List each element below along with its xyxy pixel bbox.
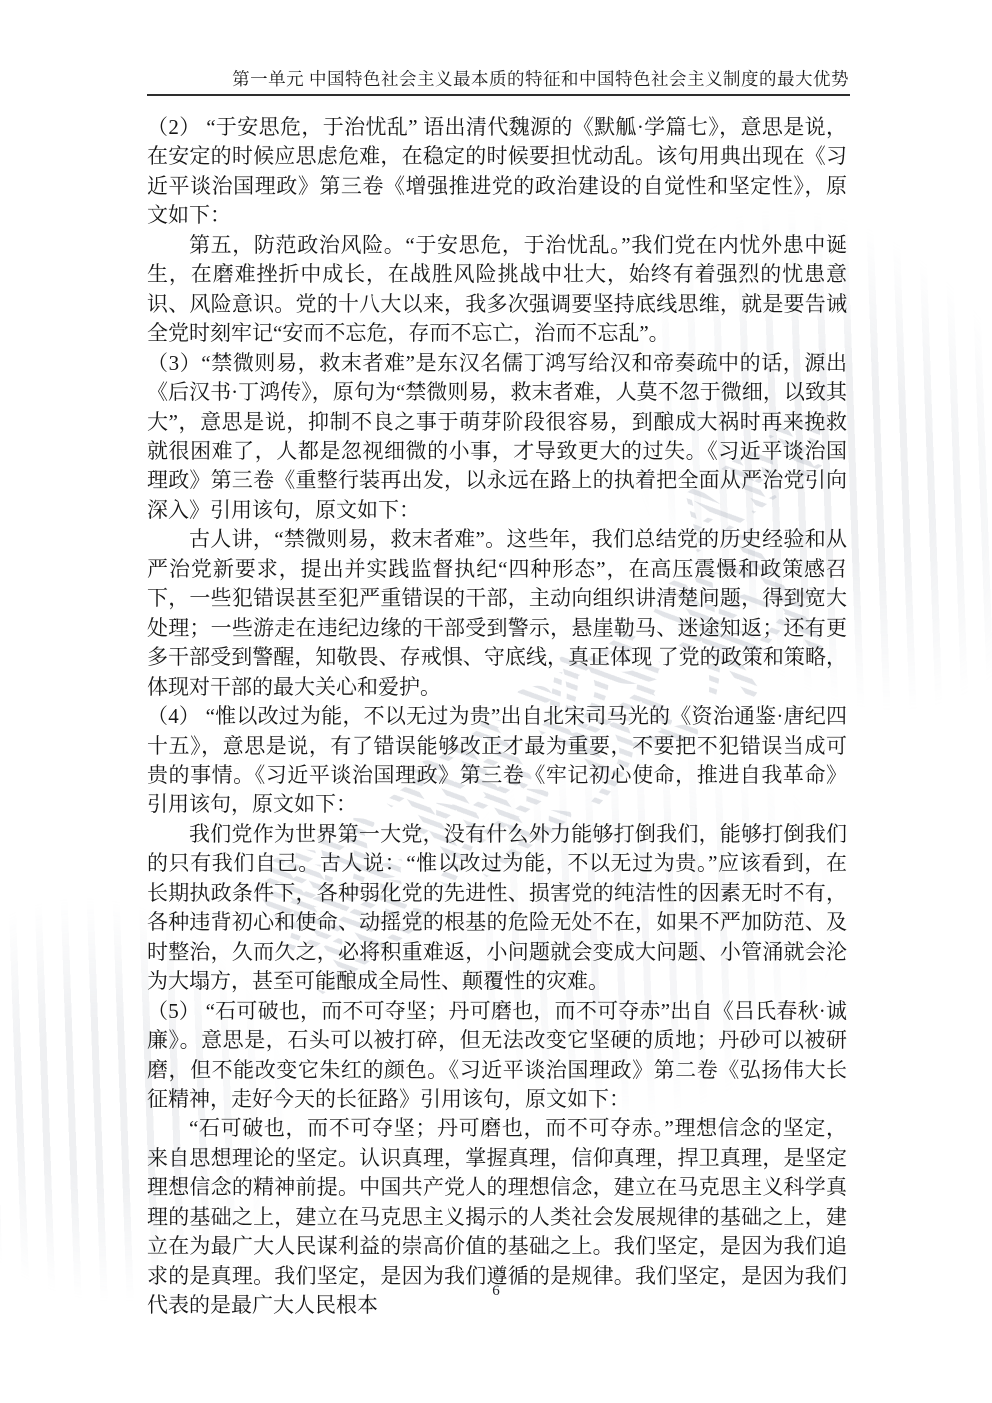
running-header: 第一单元 中国特色社会主义最本质的特征和中国特色社会主义制度的最大优势 [148,66,849,91]
header-rule [147,94,850,96]
paragraph: （4） “惟以改过为能，不以无过为贵”出自北宋司马光的《资治通鉴·唐纪四十五》，… [147,702,847,820]
paragraph: 我们党作为世界第一大党，没有什么外力能够打倒我们，能够打倒我们的只有我们自己。古… [147,820,847,997]
paragraph: （2） “于安思危，于治忧乱” 语出清代魏源的《默觚·学篇七》，意思是说，在安定… [147,113,847,231]
document-page: 整理资料 APP 第一单元 中国特色社会主义最本质的特征和中国特色社会主义制度的… [0,0,992,1403]
paragraph: （3）“禁微则易，救末者难”是东汉名儒丁鸿写给汉和帝奏疏中的话，源出《后汉书·丁… [147,349,847,526]
paragraph: 第五，防范政治风险。“于安思危，于治忧乱。”我们党在内忧外患中诞生，在磨难挫折中… [147,231,847,349]
page-content: 第一单元 中国特色社会主义最本质的特征和中国特色社会主义制度的最大优势 （2） … [0,0,992,1403]
body-text: （2） “于安思危，于治忧乱” 语出清代魏源的《默觚·学篇七》，意思是说，在安定… [147,113,847,1321]
page-number: 6 [0,1283,992,1300]
paragraph: （5） “石可破也，而不可夺坚；丹可磨也，而不可夺赤”出自《吕氏春秋·诚廉》。意… [147,997,847,1115]
paragraph: 古人讲，“禁微则易，救末者难”。这些年，我们总结党的历史经验和从严治党新要求，提… [147,525,847,702]
